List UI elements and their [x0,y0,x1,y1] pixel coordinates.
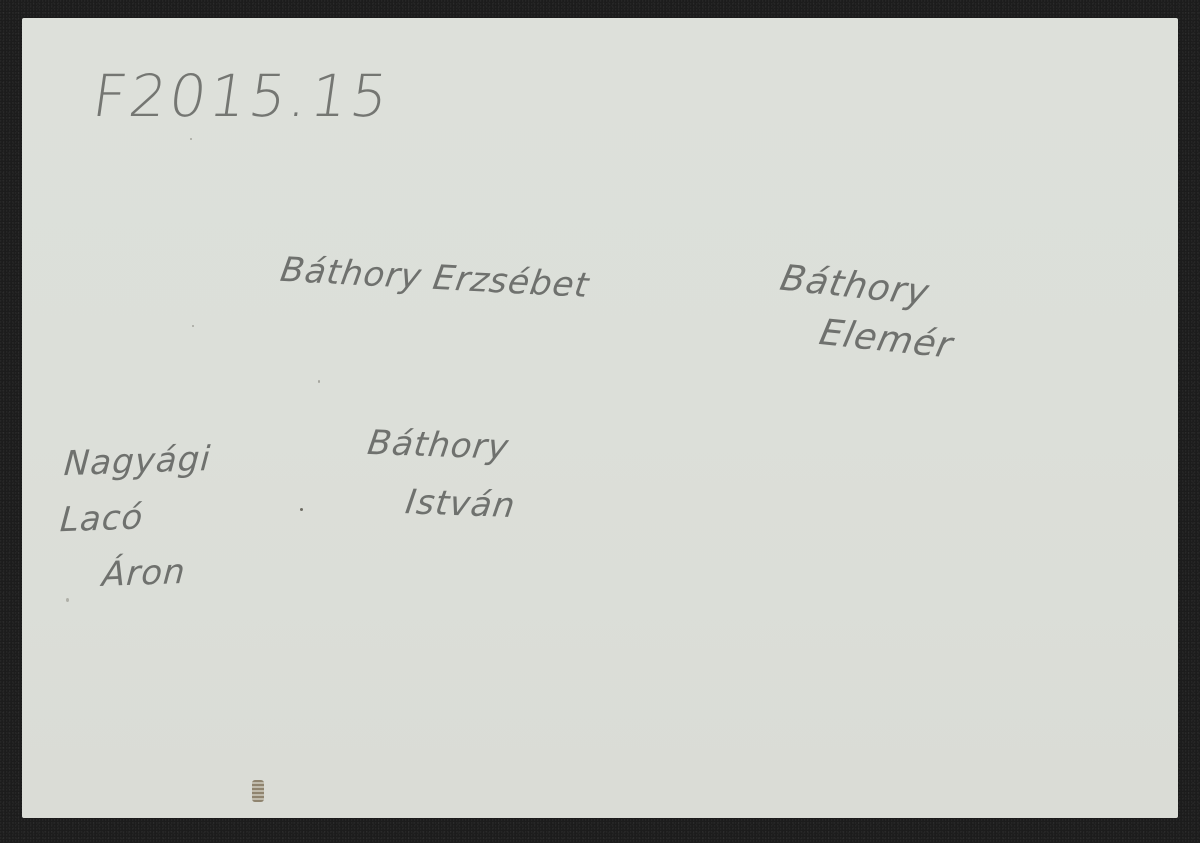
paper-speck [192,325,194,327]
paper-speck [300,508,303,511]
name-line-1: Báthory [364,414,528,477]
photo-card-verso: F2015.15 Báthory Erzsébet Báthory Elemér… [22,18,1178,818]
accession-number: F2015.15 [88,62,395,130]
paper-speck [190,138,192,140]
paper-speck [66,598,69,602]
name-line-2: István [356,472,520,535]
name-line-3: Áron [54,543,205,604]
paper-speck [318,380,320,383]
handwritten-name-center: Báthory István [356,414,528,535]
name-line-2: Lacó [58,487,209,548]
paper-stain [252,780,264,802]
handwritten-name-top-center: Báthory Erzsébet [278,250,592,306]
name-line-1: Nagyági [62,431,213,492]
handwritten-name-left: Nagyági Lacó Áron [54,431,213,605]
handwritten-name-top-right: Báthory Elemér [765,254,968,371]
